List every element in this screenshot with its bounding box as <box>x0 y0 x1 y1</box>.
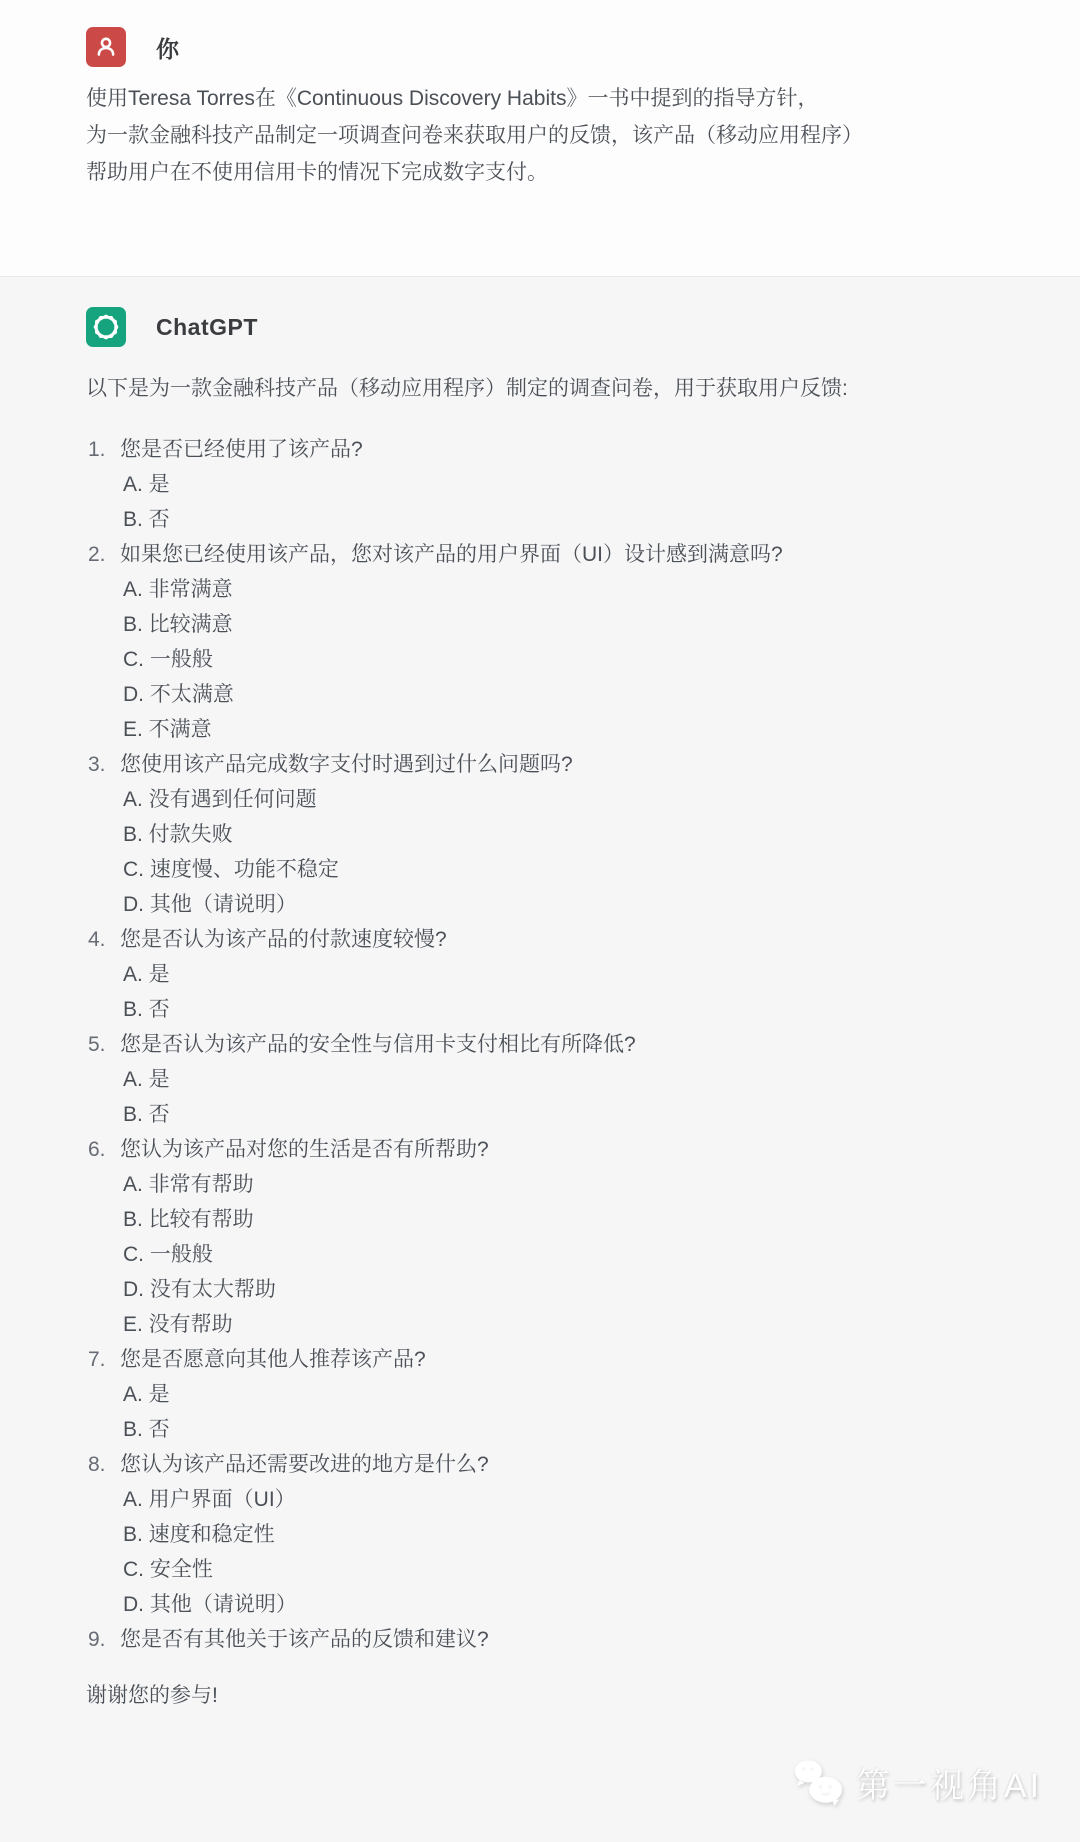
question-text: 您是否认为该产品的安全性与信用卡支付相比有所降低? <box>120 1027 636 1062</box>
question-number: 1. <box>88 432 112 467</box>
assistant-avatar <box>86 307 126 347</box>
question-option: A. 非常有帮助 <box>86 1167 1040 1202</box>
watermark: 第一视角AI <box>788 1756 1042 1808</box>
question-text-row: 3.您使用该产品完成数字支付时遇到过什么问题吗? <box>86 747 1040 782</box>
question-option: D. 其他（请说明） <box>86 1587 1040 1622</box>
question-number: 3. <box>88 747 112 782</box>
assistant-message-block: ChatGPT 以下是为一款金融科技产品（移动应用程序）制定的调查问卷，用于获取… <box>0 277 1080 1709</box>
question-item: 9.您是否有其他关于该产品的反馈和建议? <box>86 1622 1040 1657</box>
user-avatar <box>86 27 126 67</box>
question-text-row: 5.您是否认为该产品的安全性与信用卡支付相比有所降低? <box>86 1027 1040 1062</box>
user-message-text: 使用Teresa Torres在《Continuous Discovery Ha… <box>86 80 1040 191</box>
question-text-row: 1.您是否已经使用了该产品? <box>86 432 1040 467</box>
question-list: 1.您是否已经使用了该产品?A. 是B. 否2.如果您已经使用该产品，您对该产品… <box>86 432 1040 1657</box>
assistant-name: ChatGPT <box>156 314 258 341</box>
question-number: 8. <box>88 1447 112 1482</box>
question-option: B. 否 <box>86 1412 1040 1447</box>
question-number: 6. <box>88 1132 112 1167</box>
chat-screenshot: 你 使用Teresa Torres在《Continuous Discovery … <box>0 0 1080 1842</box>
question-text-row: 4.您是否认为该产品的付款速度较慢? <box>86 922 1040 957</box>
question-option: E. 不满意 <box>86 712 1040 747</box>
question-option: D. 不太满意 <box>86 677 1040 712</box>
question-text-row: 8.您认为该产品还需要改进的地方是什么? <box>86 1447 1040 1482</box>
assistant-closing-text: 谢谢您的参与! <box>86 1683 1040 1709</box>
question-text: 您认为该产品对您的生活是否有所帮助? <box>120 1132 489 1167</box>
question-item: 7.您是否愿意向其他人推荐该产品?A. 是B. 否 <box>86 1342 1040 1447</box>
question-option: A. 没有遇到任何问题 <box>86 782 1040 817</box>
question-text: 您是否已经使用了该产品? <box>120 432 363 467</box>
question-text-row: 6.您认为该产品对您的生活是否有所帮助? <box>86 1132 1040 1167</box>
question-option: C. 一般般 <box>86 642 1040 677</box>
question-text: 您是否认为该产品的付款速度较慢? <box>120 922 447 957</box>
question-item: 1.您是否已经使用了该产品?A. 是B. 否 <box>86 432 1040 537</box>
question-option: A. 是 <box>86 467 1040 502</box>
openai-logo-icon <box>89 310 123 344</box>
question-option: A. 用户界面（UI） <box>86 1482 1040 1517</box>
question-text-row: 9.您是否有其他关于该产品的反馈和建议? <box>86 1622 1040 1657</box>
question-number: 2. <box>88 537 112 572</box>
wechat-chat-bubbles-icon <box>788 1756 846 1808</box>
question-option: D. 没有太大帮助 <box>86 1272 1040 1307</box>
user-message-header: 你 <box>86 27 1040 67</box>
question-option: B. 付款失败 <box>86 817 1040 852</box>
question-number: 4. <box>88 922 112 957</box>
question-number: 5. <box>88 1027 112 1062</box>
question-item: 5.您是否认为该产品的安全性与信用卡支付相比有所降低?A. 是B. 否 <box>86 1027 1040 1132</box>
question-text: 您是否愿意向其他人推荐该产品? <box>120 1342 426 1377</box>
question-text: 您认为该产品还需要改进的地方是什么? <box>120 1447 489 1482</box>
question-number: 7. <box>88 1342 112 1377</box>
assistant-intro-text: 以下是为一款金融科技产品（移动应用程序）制定的调查问卷，用于获取用户反馈: <box>86 376 1040 402</box>
question-option: B. 否 <box>86 992 1040 1027</box>
question-option: A. 非常满意 <box>86 572 1040 607</box>
question-option: C. 速度慢、功能不稳定 <box>86 852 1040 887</box>
question-option: E. 没有帮助 <box>86 1307 1040 1342</box>
question-option: B. 否 <box>86 502 1040 537</box>
question-item: 3.您使用该产品完成数字支付时遇到过什么问题吗?A. 没有遇到任何问题B. 付款… <box>86 747 1040 922</box>
question-text: 您使用该产品完成数字支付时遇到过什么问题吗? <box>120 747 573 782</box>
question-text: 如果您已经使用该产品，您对该产品的用户界面（UI）设计感到满意吗? <box>120 537 783 572</box>
question-item: 8.您认为该产品还需要改进的地方是什么?A. 用户界面（UI）B. 速度和稳定性… <box>86 1447 1040 1622</box>
question-item: 2.如果您已经使用该产品，您对该产品的用户界面（UI）设计感到满意吗?A. 非常… <box>86 537 1040 747</box>
question-number: 9. <box>88 1622 112 1657</box>
question-option: D. 其他（请说明） <box>86 887 1040 922</box>
question-option: A. 是 <box>86 1377 1040 1412</box>
question-option: B. 否 <box>86 1097 1040 1132</box>
user-name: 你 <box>156 31 180 64</box>
watermark-text: 第一视角AI <box>856 1758 1042 1807</box>
question-option: B. 比较满意 <box>86 607 1040 642</box>
user-message-block: 你 使用Teresa Torres在《Continuous Discovery … <box>0 0 1080 277</box>
question-text: 您是否有其他关于该产品的反馈和建议? <box>120 1622 489 1657</box>
question-option: B. 速度和稳定性 <box>86 1517 1040 1552</box>
person-icon <box>91 32 121 62</box>
question-option: C. 一般般 <box>86 1237 1040 1272</box>
question-text-row: 2.如果您已经使用该产品，您对该产品的用户界面（UI）设计感到满意吗? <box>86 537 1040 572</box>
assistant-message-header: ChatGPT <box>86 307 1040 347</box>
question-item: 6.您认为该产品对您的生活是否有所帮助?A. 非常有帮助B. 比较有帮助C. 一… <box>86 1132 1040 1342</box>
question-option: A. 是 <box>86 957 1040 992</box>
question-text-row: 7.您是否愿意向其他人推荐该产品? <box>86 1342 1040 1377</box>
question-option: C. 安全性 <box>86 1552 1040 1587</box>
question-option: B. 比较有帮助 <box>86 1202 1040 1237</box>
question-option: A. 是 <box>86 1062 1040 1097</box>
question-item: 4.您是否认为该产品的付款速度较慢?A. 是B. 否 <box>86 922 1040 1027</box>
